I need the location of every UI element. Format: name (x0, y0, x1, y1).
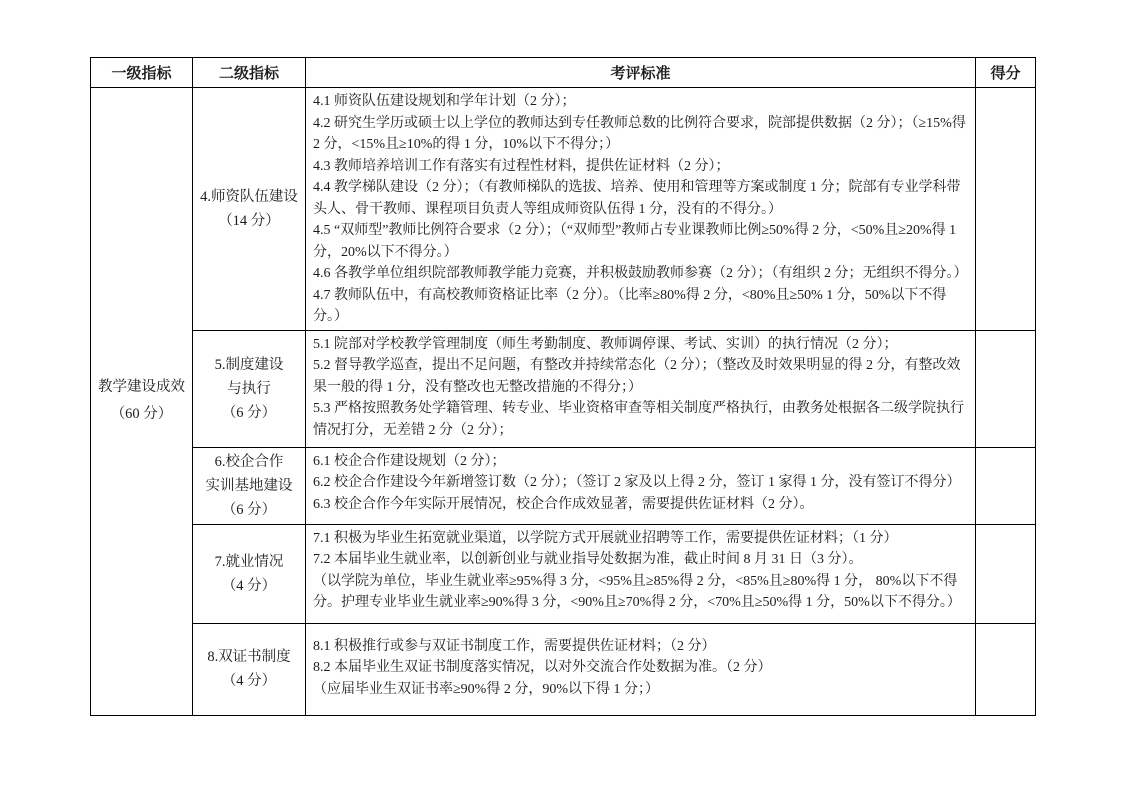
criteria-item: 6.2 校企合作建设今年新增签订数（2 分）；（签订 2 家及以上得 2 分，签… (313, 472, 968, 494)
header-row: 一级指标 二级指标 考评标准 得分 (91, 58, 1036, 88)
header-criteria: 考评标准 (306, 58, 976, 88)
criteria-item: 8.2 本届毕业生双证书制度落实情况，以对外交流合作处数据为准。（2 分） (313, 657, 968, 679)
criteria-item: 4.1 师资队伍建设规划和学年计划（2 分）； (313, 91, 968, 113)
header-score: 得分 (976, 58, 1036, 88)
criteria-cell: 8.1 积极推行或参与双证书制度工作，需要提供佐证材料；（2 分） 8.2 本届… (306, 623, 976, 715)
score-cell (976, 88, 1036, 331)
table-row: 7.就业情况 （4 分） 7.1 积极为毕业生拓宽就业渠道，以学院方式开展就业招… (91, 524, 1036, 623)
second-level-indicator: 5.制度建设 与执行 （6 分） (193, 330, 306, 447)
criteria-cell: 7.1 积极为毕业生拓宽就业渠道，以学院方式开展就业招聘等工作，需要提供佐证材料… (306, 524, 976, 623)
evaluation-table: 一级指标 二级指标 考评标准 得分 教学建设成效 （60 分） 4.师资队伍建设… (90, 57, 1036, 716)
criteria-item: 4.7 教师队伍中，有高校教师资格证比率（2 分）。（比率≥80%得 2 分，<… (313, 285, 968, 328)
criteria-item: 5.1 院部对学校教学管理制度（师生考勤制度、教师调停课、考试、实训）的执行情况… (313, 334, 968, 356)
second-level-indicator: 7.就业情况 （4 分） (193, 524, 306, 623)
header-second-level: 二级指标 (193, 58, 306, 88)
score-cell (976, 623, 1036, 715)
score-cell (976, 447, 1036, 524)
table-row: 5.制度建设 与执行 （6 分） 5.1 院部对学校教学管理制度（师生考勤制度、… (91, 330, 1036, 447)
second-level-indicator: 8.双证书制度 （4 分） (193, 623, 306, 715)
criteria-item: 7.2 本届毕业生就业率，以创新创业与就业指导处数据为准，截止时间 8 月 31… (313, 549, 968, 571)
criteria-cell: 5.1 院部对学校教学管理制度（师生考勤制度、教师调停课、考试、实训）的执行情况… (306, 330, 976, 447)
score-cell (976, 524, 1036, 623)
criteria-item: （以学院为单位，毕业生就业率≥95%得 3 分，<95%且≥85%得 2 分，<… (313, 571, 968, 614)
criteria-item: 4.4 教学梯队建设（2 分）；（有教师梯队的选拔、培养、使用和管理等方案或制度… (313, 177, 968, 220)
criteria-item: 4.5 “双师型”教师比例符合要求（2 分）；（“双师型”教师占专业课教师比例≥… (313, 220, 968, 263)
criteria-item: 4.3 教师培养培训工作有落实有过程性材料，提供佐证材料（2 分）； (313, 156, 968, 178)
header-first-level: 一级指标 (91, 58, 193, 88)
document-page: 一级指标 二级指标 考评标准 得分 教学建设成效 （60 分） 4.师资队伍建设… (0, 0, 1123, 794)
score-cell (976, 330, 1036, 447)
criteria-item: 5.3 严格按照教务处学籍管理、转专业、毕业资格审查等相关制度严格执行，由教务处… (313, 398, 968, 441)
criteria-item: 7.1 积极为毕业生拓宽就业渠道，以学院方式开展就业招聘等工作，需要提供佐证材料… (313, 528, 968, 550)
table-row: 8.双证书制度 （4 分） 8.1 积极推行或参与双证书制度工作，需要提供佐证材… (91, 623, 1036, 715)
criteria-cell: 6.1 校企合作建设规划（2 分）； 6.2 校企合作建设今年新增签订数（2 分… (306, 447, 976, 524)
criteria-item: 4.6 各教学单位组织院部教师教学能力竞赛，并积极鼓励教师参赛（2 分）；（有组… (313, 263, 968, 285)
second-level-indicator: 6.校企合作 实训基地建设 （6 分） (193, 447, 306, 524)
criteria-cell: 4.1 师资队伍建设规划和学年计划（2 分）； 4.2 研究生学历或硕士以上学位… (306, 88, 976, 331)
table-row: 教学建设成效 （60 分） 4.师资队伍建设 （14 分） 4.1 师资队伍建设… (91, 88, 1036, 331)
criteria-item: （应届毕业生双证书率≥90%得 2 分，90%以下得 1 分；） (313, 679, 968, 701)
criteria-item: 8.1 积极推行或参与双证书制度工作，需要提供佐证材料；（2 分） (313, 636, 968, 658)
criteria-item: 6.3 校企合作今年实际开展情况，校企合作成效显著，需要提供佐证材料（2 分）。 (313, 494, 968, 516)
second-level-indicator: 4.师资队伍建设 （14 分） (193, 88, 306, 331)
table-row: 6.校企合作 实训基地建设 （6 分） 6.1 校企合作建设规划（2 分）； 6… (91, 447, 1036, 524)
criteria-item: 4.2 研究生学历或硕士以上学位的教师达到专任教师总数的比例符合要求，院部提供数… (313, 113, 968, 156)
criteria-item: 5.2 督导教学巡查，提出不足问题，有整改并持续常态化（2 分）；（整改及时效果… (313, 355, 968, 398)
first-level-indicator: 教学建设成效 （60 分） (91, 88, 193, 716)
criteria-item: 6.1 校企合作建设规划（2 分）； (313, 451, 968, 473)
